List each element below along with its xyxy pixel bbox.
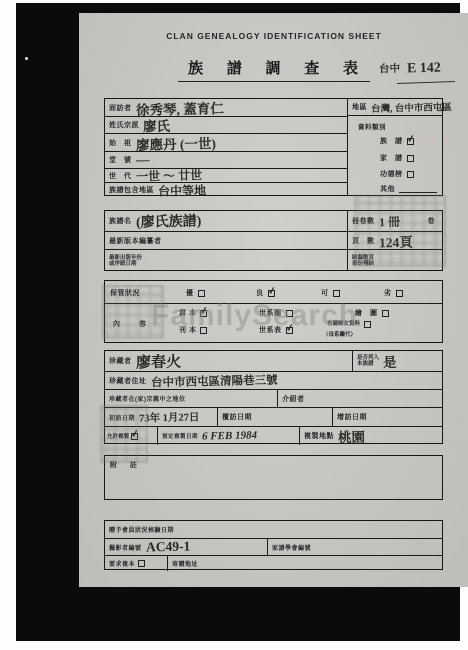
condition-excellent-checkbox [198, 290, 205, 297]
compiler-label: 最新版本編纂者 [109, 236, 162, 246]
content-lineage-chart-checkbox [286, 310, 293, 317]
condition-good-label: 良 [256, 288, 264, 298]
copy-permission-checkbox [131, 433, 138, 440]
category-other-label: 其他 [380, 184, 395, 194]
content-illustration-checkbox [382, 310, 389, 317]
clan-info-table: 面訪者 徐秀琴, 蓋育仁 姓氏宗派 廖氏 始 祖 廖應丹 (一世) 堂 號 — [104, 98, 443, 196]
listed-in-genealogy-value: 是 [383, 351, 397, 371]
category-other-blank [399, 186, 437, 193]
volume-info-table: 族譜名 (廖氏族譜) 最新版本編纂者 最新出版年份 或序跋日期 [104, 210, 443, 271]
copy-permission-label: 允許複製 [107, 432, 129, 440]
missing-pages-label: 缺漏散頁 部份殘缺 [352, 255, 374, 268]
content-lineage-table-label: 世系表 [259, 325, 282, 335]
publish-year-label: 最新出版年份 或序跋日期 [109, 255, 142, 268]
category-jiapu-label: 家 譜 [380, 153, 403, 163]
copy-location-value: 桃園 [338, 426, 365, 447]
content-printed-checkbox [200, 327, 207, 334]
first-visit-date: 73年 1月27日 [139, 409, 200, 425]
category-merit-checkbox [407, 171, 414, 178]
volume-count-suffix: 卷 [428, 216, 439, 226]
volume-count-label: 冊卷數 [352, 216, 375, 226]
ref-area: 台中 [379, 61, 400, 76]
additional-visit-label: 增訪日期 [337, 412, 367, 422]
category-jiapu-checkbox [407, 155, 414, 162]
category-zupu-checkbox [407, 138, 414, 145]
content-manuscript-label: 寫 本 [179, 308, 196, 318]
society-number-label: 家譜學會編號 [272, 543, 311, 552]
hall-name-value: — [135, 152, 149, 168]
reference-number: 台中 E 142 [379, 59, 441, 77]
first-ancestor-label: 始 祖 [109, 138, 132, 148]
film-artifact [25, 57, 28, 60]
content-women-data-checkbox [364, 321, 371, 328]
microfilm-scan: CLAN GENEALOGY IDENTIFICATION SHEET 族 譜 … [0, 0, 468, 650]
content-women-data-sub: （母系繼代） [323, 332, 356, 339]
introducer-label: 介紹者 [282, 394, 305, 404]
film-border: CLAN GENEALOGY IDENTIFICATION SHEET 族 譜 … [16, 3, 460, 641]
content-lineage-chart-label: 世系圖 [259, 308, 282, 318]
condition-poor-checkbox [396, 290, 403, 297]
admin-table: 贈予會員狀況核驗日期 攝影者編號 AC49-1 家譜學會編號 要求複本 [104, 520, 443, 570]
send-address-label: 寄贈地址 [172, 559, 198, 568]
content-label: 內 容 [113, 319, 152, 329]
keeper-name: 廖春火 [135, 350, 180, 372]
data-category-box: 資料類別 族 譜 家 譜 功德榜 [348, 116, 442, 195]
region-label: 地區 [352, 102, 367, 112]
generations-label: 世 代 [109, 171, 132, 181]
region-value: 台灣, 台中市西屯區 [371, 99, 452, 115]
content-manuscript-checkbox [200, 310, 207, 317]
genealogy-name-label: 族譜名 [109, 216, 132, 226]
first-ancestor-value: 廖應丹 (一世) [135, 132, 215, 154]
planned-copy-date: 6 FEB 1984 [202, 429, 257, 442]
first-visit-label: 初訪日期 [109, 413, 135, 422]
planned-copy-date-label: 預定複製日期 [162, 432, 198, 440]
content-women-data-label: 有關婦女資料 [327, 321, 360, 328]
scanned-form-page: CLAN GENEALOGY IDENTIFICATION SHEET 族 譜 … [79, 13, 468, 587]
content-printed-label: 刊 本 [179, 325, 196, 335]
genealogy-name-value: (廖氏族譜) [135, 210, 201, 231]
keeper-label: 珍藏者 [109, 356, 132, 366]
form-title-english: CLAN GENEALOGY IDENTIFICATION SHEET [79, 31, 468, 41]
notes-label: 附 註 [110, 460, 140, 470]
category-merit-label: 功德榜 [380, 169, 403, 179]
copy-request-label: 要求複本 [109, 559, 135, 568]
volume-count-value: 1 冊 [378, 212, 399, 229]
interviewer-label: 面訪者 [109, 103, 132, 113]
ref-code: E 142 [407, 61, 441, 78]
keeper-address: 台中市西屯區清陽巷三號 [150, 371, 277, 390]
keeper-info-table: 珍藏者 廖春火 是否列入 本族譜 是 珍藏者住址 台中市西屯區清陽巷三號 [104, 350, 443, 444]
content-lineage-table-checkbox [286, 327, 293, 334]
page-count-label: 頁 數 [352, 236, 375, 246]
category-title: 資料類別 [358, 122, 386, 131]
copy-location-label: 複製地點 [304, 431, 334, 441]
photographer-number: AC49-1 [145, 539, 190, 556]
photographer-number-label: 攝影者編號 [109, 543, 142, 552]
condition-fair-label: 可 [321, 288, 329, 298]
copy-request-checkbox [138, 560, 145, 567]
condition-poor-label: 劣 [384, 288, 392, 298]
page-count-value: 124頁 [378, 230, 412, 251]
keeper-address-label: 珍藏者住址 [109, 376, 147, 386]
notes-box: 附 註 [104, 455, 443, 500]
revisit-label: 覆訪日期 [222, 412, 252, 422]
areas-covered-value: 台中等地 [158, 181, 206, 199]
listed-in-genealogy-label: 是否列入 本族譜 [357, 355, 379, 368]
condition-content-table: 保管狀況 優 良 可 劣 [104, 280, 443, 343]
keeper-position-label: 珍藏者在(家)宗親中之地位 [109, 394, 186, 403]
surname-label: 姓氏宗派 [109, 120, 139, 130]
condition-label: 保管狀況 [110, 288, 140, 298]
condition-good-checkbox [268, 290, 275, 297]
condition-excellent-label: 優 [186, 288, 194, 298]
donation-status-label: 贈予會員狀況核驗日期 [109, 525, 174, 534]
content-illustration-label: 繪 圖 [355, 308, 378, 318]
hall-name-label: 堂 號 [109, 155, 132, 165]
category-zupu-label: 族 譜 [380, 136, 403, 146]
areas-covered-label: 族譜包含地區 [109, 185, 154, 195]
condition-fair-checkbox [333, 290, 340, 297]
